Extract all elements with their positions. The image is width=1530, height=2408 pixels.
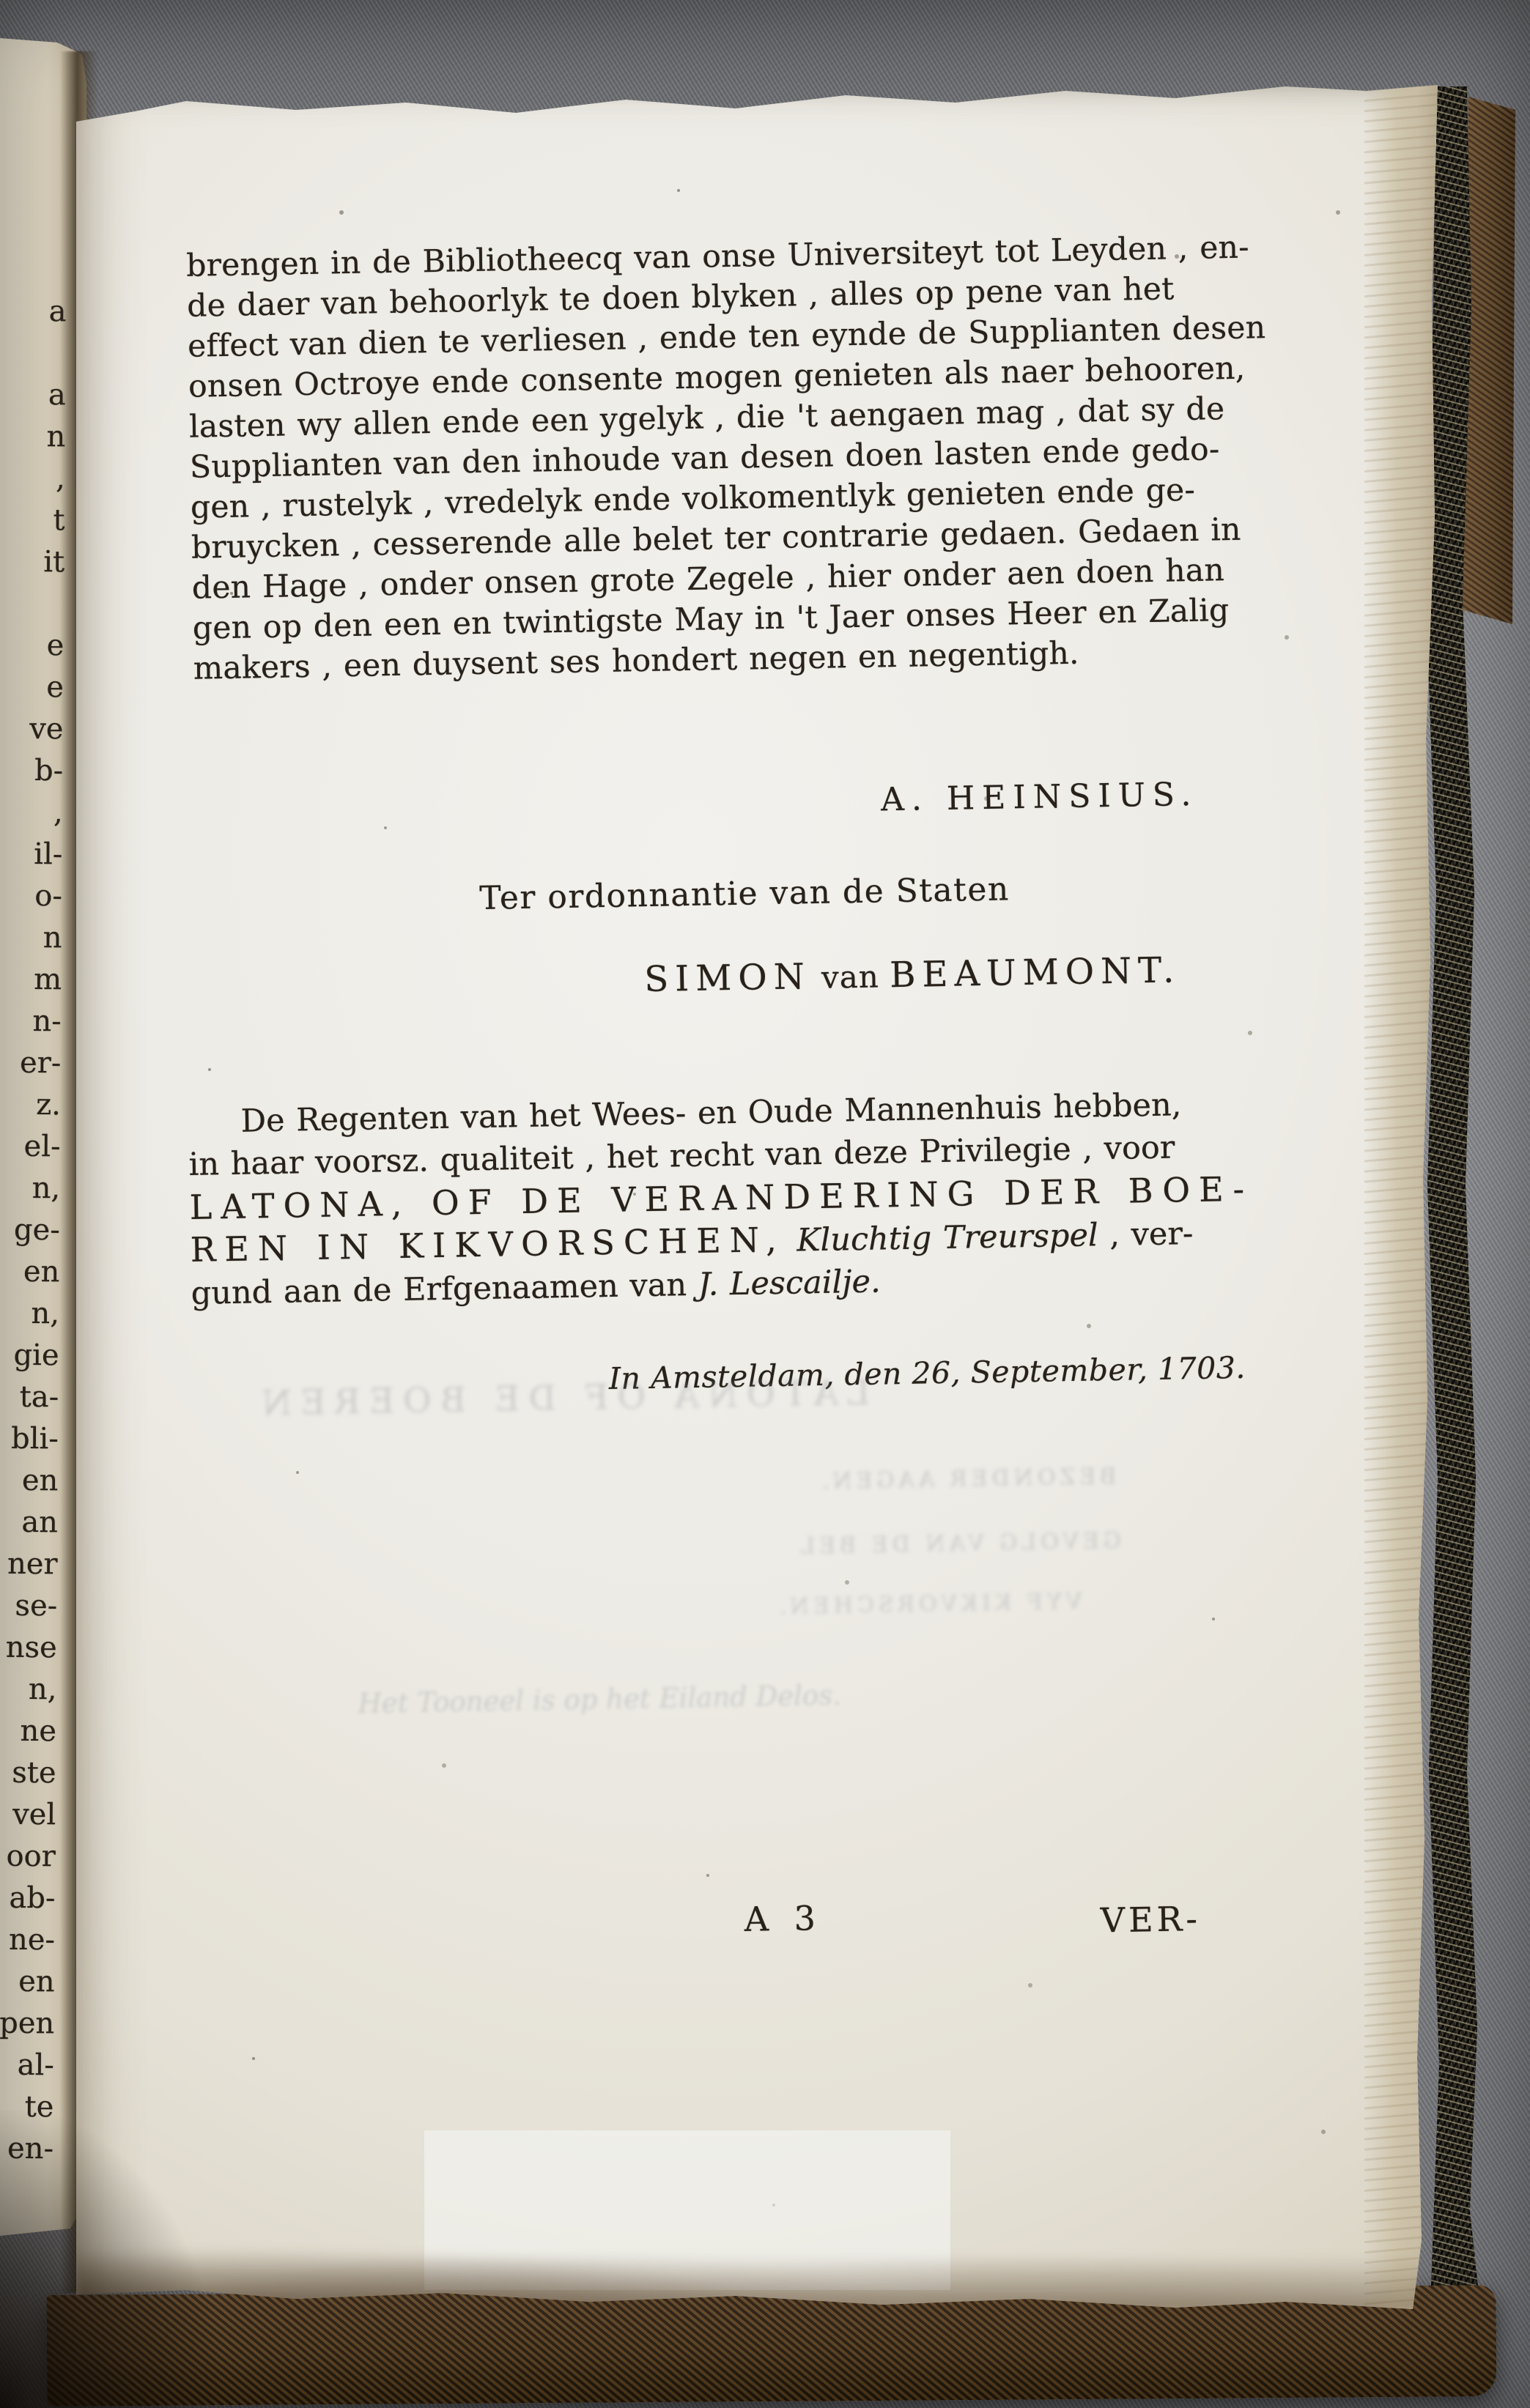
privilege-paragraph: brengen in de Bibliotheecq van onse Univ… [186,227,1278,689]
gathering-signature: A 3 [744,1898,823,1939]
signature-beaumont: SIMON van BEAUMONT. [644,949,1181,1000]
lescailje-italic: J. Lescailje. [698,1264,881,1303]
book-page: brengen in de Bibliotheecq van onse Univ… [76,79,1438,2312]
line4-tail: , ver- [1098,1215,1194,1253]
show-through-line-2: GEVOLG VAN DE BEL [652,1528,1122,1562]
signature-heinsius: A. HEINSIUS. [881,776,1199,819]
secretary-first: SIMON [644,956,811,1000]
printed-content: brengen in de Bibliotheecq van onse Univ… [73,57,1474,2313]
show-through-title: LATONA OF DE BOEREN [129,1371,994,1426]
bottom-left-shadow [0,2110,220,2408]
catchword: VER- [1100,1899,1201,1940]
genre-italic: Kluchtig Treurspel [785,1217,1098,1259]
show-through-line-3: VYF KIKVORSCHEN. [686,1589,1082,1621]
show-through-setting-line: Het Tooneel is op het Eiland Delos. [358,1673,1194,1719]
regenten-paragraph: De Regenten van het Wees- en Oude Mannen… [188,1081,1320,1315]
book-photograph: a a n , t it e e ve b- , il- o- n m n- e… [0,0,1530,2408]
secretary-van: van [810,958,890,996]
secretary-last: BEAUMONT. [890,949,1181,996]
title-caps: REN IN KIKVORSCHEN, [190,1220,786,1270]
facing-page-line-fragments: a a n , t it e e ve b- , il- o- n m n- e… [0,249,67,2170]
show-through-line-1: BEZONDER AAGEN. [662,1464,1117,1497]
ordonnantie-line: Ter ordonnantie van de Staten [479,870,1010,917]
leather-cover-edge-bottom [46,2285,1496,2407]
line5-start: gund aan de Erfgenaamen van [191,1267,698,1312]
